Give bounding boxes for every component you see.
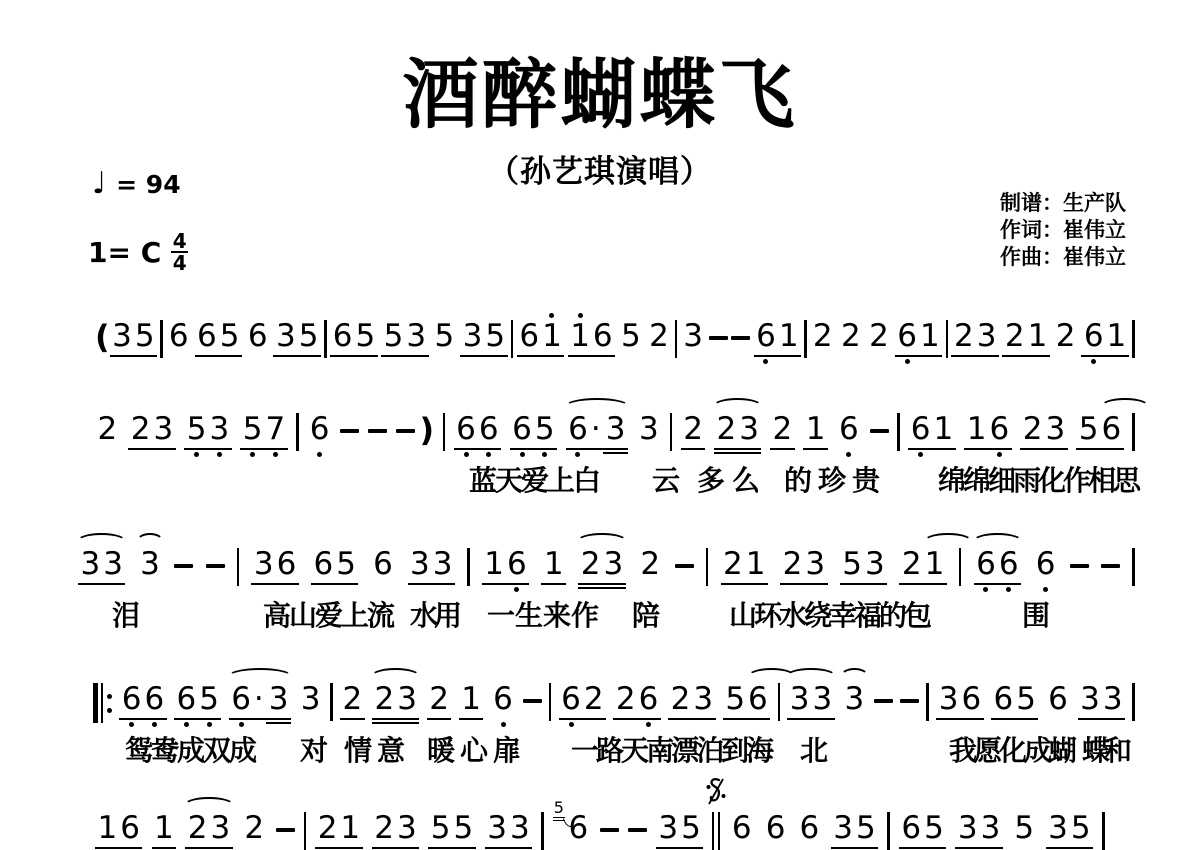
dash bbox=[276, 828, 295, 832]
low-octave-dot bbox=[194, 452, 199, 457]
barline bbox=[706, 548, 709, 586]
barline bbox=[330, 683, 333, 721]
quarter-note-icon: ♩ bbox=[92, 166, 106, 201]
music-line-5: 161232212355335635666356533535 bbox=[95, 812, 1105, 850]
notes-row: 22353576)66656·3322321661162356 bbox=[95, 413, 1135, 459]
note-group: 21 bbox=[721, 548, 768, 585]
note-group: 61 bbox=[517, 320, 564, 357]
note-group: 6 bbox=[166, 320, 191, 355]
low-octave-dot bbox=[501, 722, 506, 727]
lyric-phrase: 陪 bbox=[632, 600, 660, 632]
credit-line-composer: 作曲：崔伟立 bbox=[1000, 244, 1126, 271]
note-group: 65 bbox=[195, 320, 242, 357]
low-octave-dot bbox=[239, 722, 244, 727]
low-octave-dot bbox=[1091, 359, 1096, 364]
barline bbox=[443, 413, 446, 451]
grace-note: 5 bbox=[553, 812, 565, 832]
barline bbox=[804, 320, 807, 358]
barline bbox=[549, 683, 552, 721]
sheet-music-page: 酒醉蝴蝶飞 （孙艺琪演唱） ♩= 94 1= C 4 4 制谱：生产队 作词：崔… bbox=[0, 0, 1200, 850]
dash bbox=[675, 564, 694, 568]
barline bbox=[675, 320, 678, 358]
dash bbox=[628, 828, 647, 832]
lyric-phrase: 北 bbox=[800, 735, 828, 767]
note-group: 3 bbox=[842, 683, 867, 718]
barline bbox=[1102, 812, 1105, 850]
lyric-phrase: 我愿化成蝴 bbox=[949, 735, 1074, 767]
note-group: 6 bbox=[1033, 548, 1058, 583]
low-octave-dot bbox=[1043, 587, 1048, 592]
low-octave-dot bbox=[997, 452, 1002, 457]
lyric-phrase: 绵绵细雨化作相思 bbox=[938, 465, 1138, 497]
barline bbox=[296, 413, 299, 451]
note-group: 61 bbox=[908, 413, 955, 450]
lyric-phrase: 多么 bbox=[697, 465, 767, 497]
note-group: 2 bbox=[810, 320, 835, 355]
note-group: 5 bbox=[619, 320, 644, 355]
dash bbox=[731, 336, 750, 340]
note-group: 1 bbox=[803, 413, 828, 450]
credit-line-lyricist: 作词：崔伟立 bbox=[1000, 217, 1126, 244]
note-group: 23 bbox=[185, 812, 232, 849]
note-group: 53 bbox=[184, 413, 231, 450]
notes-row: 161232212355335635666356533535 bbox=[95, 812, 1105, 850]
dash bbox=[900, 699, 919, 703]
lyric-phrase: 水用 bbox=[410, 600, 458, 632]
barline bbox=[887, 812, 890, 850]
note-group: 2 bbox=[1053, 320, 1078, 355]
note-group: 6·3 bbox=[229, 683, 291, 720]
barline bbox=[1132, 548, 1135, 586]
low-octave-dot bbox=[646, 722, 651, 727]
lyric-phrase: 情意 bbox=[344, 735, 410, 767]
note-group: 33 bbox=[787, 683, 834, 720]
note-group: 2 bbox=[838, 320, 863, 355]
note-group: 35 bbox=[831, 812, 878, 849]
time-signature: 4 4 bbox=[171, 232, 188, 272]
low-octave-dot bbox=[184, 722, 189, 727]
note-group: 33 bbox=[78, 548, 125, 585]
low-octave-dot bbox=[514, 587, 519, 592]
dash bbox=[523, 699, 542, 703]
dash bbox=[874, 699, 893, 703]
dash bbox=[1070, 564, 1089, 568]
note-group: 5 bbox=[432, 320, 457, 355]
dash-with-paren: ) bbox=[396, 413, 435, 447]
note-group: 53 bbox=[381, 320, 428, 357]
low-octave-dot bbox=[918, 452, 923, 457]
dash bbox=[709, 336, 728, 340]
low-octave-dot bbox=[763, 359, 768, 364]
note-group: 61 bbox=[1081, 320, 1128, 357]
note-group: 53 bbox=[840, 548, 887, 585]
note-group: 56 bbox=[723, 683, 770, 720]
note-group: 2 bbox=[770, 413, 795, 450]
note-group: 33 bbox=[1078, 683, 1125, 720]
lyric-phrase: 鸳鸯成双成 bbox=[125, 735, 255, 767]
note-group: 21 bbox=[899, 548, 946, 585]
low-octave-dot bbox=[217, 452, 222, 457]
low-octave-dot bbox=[1006, 587, 1011, 592]
note-group: 65 bbox=[510, 413, 557, 450]
notes-row: (356656356553535611652361222612321261 bbox=[95, 320, 1135, 366]
note-group: 36 bbox=[251, 548, 298, 585]
dash bbox=[340, 429, 359, 433]
low-octave-dot bbox=[569, 722, 574, 727]
note-group: 23 bbox=[951, 320, 998, 357]
credits: 制谱：生产队 作词：崔伟立 作曲：崔伟立 bbox=[1000, 190, 1126, 271]
segno-icon bbox=[705, 776, 727, 810]
note-group: 33 bbox=[955, 812, 1002, 849]
barline bbox=[946, 320, 949, 358]
double-barline bbox=[712, 812, 720, 850]
note-group: 35 bbox=[273, 320, 320, 357]
lyric-phrase: 暖心扉 bbox=[427, 735, 526, 767]
low-octave-dot bbox=[152, 722, 157, 727]
lyric-phrase: 蝶和 bbox=[1082, 735, 1126, 767]
note-group: 2 bbox=[647, 320, 672, 355]
low-octave-dot bbox=[983, 587, 988, 592]
music-line-2: 22353576)66656·3322321661162356蓝天爱上白云多么的… bbox=[95, 413, 1135, 459]
barline bbox=[1132, 320, 1135, 358]
note-group: 6 bbox=[1046, 683, 1071, 718]
dash bbox=[1101, 564, 1120, 568]
dash bbox=[870, 429, 889, 433]
note-group: 3 bbox=[298, 683, 323, 718]
note-group: 16 bbox=[482, 548, 529, 585]
note-group: 3 bbox=[636, 413, 661, 448]
note-group: 6 bbox=[491, 683, 516, 718]
note-group: 35 bbox=[460, 320, 507, 357]
tempo-value: = 94 bbox=[116, 170, 180, 199]
note-group: 23 bbox=[372, 683, 419, 720]
note-group: (35 bbox=[95, 320, 157, 357]
low-octave-dot bbox=[129, 722, 134, 727]
note-group: 23 bbox=[372, 812, 419, 849]
note-group: 1 bbox=[541, 548, 566, 585]
note-group: 6 bbox=[307, 413, 332, 448]
note-group: 21 bbox=[315, 812, 362, 849]
low-octave-dot bbox=[486, 452, 491, 457]
note-group: 57 bbox=[240, 413, 287, 450]
note-group: 2 bbox=[427, 683, 452, 720]
low-octave-dot bbox=[575, 452, 580, 457]
note-group: 66 bbox=[454, 413, 501, 450]
time-signature-top: 4 bbox=[173, 232, 187, 250]
dash bbox=[600, 828, 619, 832]
note-group: 66 bbox=[974, 548, 1021, 585]
note-group: 3 bbox=[681, 320, 706, 355]
low-octave-dot bbox=[273, 452, 278, 457]
notes-row: 333366563316123221235321666 bbox=[78, 548, 1135, 594]
time-signature-bottom: 4 bbox=[173, 254, 187, 272]
barline bbox=[1132, 413, 1135, 451]
note-group: 56 bbox=[1076, 413, 1123, 450]
note-group: 26 bbox=[613, 683, 660, 720]
barline bbox=[1132, 683, 1135, 721]
lyrics-row: 蓝天爱上白云多么的珍贵绵绵细雨化作相思 bbox=[95, 465, 1135, 499]
note-group: 23 bbox=[668, 683, 715, 720]
high-octave-dot bbox=[578, 313, 583, 318]
note-group: 23 bbox=[780, 548, 827, 585]
note-group: 6 bbox=[245, 320, 270, 355]
note-group: 2 bbox=[340, 683, 365, 720]
note-group: 65 bbox=[174, 683, 221, 720]
note-group: 65 bbox=[899, 812, 946, 849]
dash bbox=[206, 564, 225, 568]
dash bbox=[396, 429, 415, 433]
dash bbox=[368, 429, 387, 433]
lyric-phrase: 一路天南漂泊到海 bbox=[571, 735, 771, 767]
note-group: 6 bbox=[797, 812, 822, 847]
high-octave-dot bbox=[549, 313, 554, 318]
note-group: 23 bbox=[128, 413, 175, 450]
song-title: 酒醉蝴蝶飞 bbox=[0, 40, 1200, 150]
note-group: 2 bbox=[95, 413, 120, 448]
note-group: 55 bbox=[428, 812, 475, 849]
barline bbox=[897, 413, 900, 451]
barline bbox=[304, 812, 307, 850]
barline bbox=[670, 413, 673, 451]
note-group: 33 bbox=[408, 548, 455, 585]
note-group: 62 bbox=[559, 683, 606, 720]
dash bbox=[174, 564, 193, 568]
note-group: 6 bbox=[371, 548, 396, 583]
lyric-phrase: 一生来作 bbox=[487, 600, 599, 632]
barline bbox=[467, 548, 470, 586]
barline bbox=[160, 320, 163, 358]
lyric-phrase: 云 bbox=[652, 465, 680, 497]
low-octave-dot bbox=[542, 452, 547, 457]
barline bbox=[324, 320, 327, 358]
tempo-marking: ♩= 94 bbox=[92, 166, 181, 201]
music-line-4: 66656·33223216622623563333665633鸳鸯成双成对情意… bbox=[93, 683, 1135, 729]
note-group: 5 bbox=[1012, 812, 1037, 847]
low-octave-dot bbox=[207, 722, 212, 727]
note-group: 1 bbox=[152, 812, 177, 849]
lyric-phrase: 泪 bbox=[112, 600, 140, 632]
note-group: 6 bbox=[836, 413, 861, 448]
note-group: 65 bbox=[311, 548, 358, 585]
low-octave-dot bbox=[464, 452, 469, 457]
note-group: 1 bbox=[459, 683, 484, 720]
note-group: 61 bbox=[895, 320, 942, 357]
lyric-phrase: 的珍贵 bbox=[784, 465, 886, 497]
note-group: 65 bbox=[991, 683, 1038, 720]
credit-line-arranger: 制谱：生产队 bbox=[1000, 190, 1126, 217]
note-group: 21 bbox=[1002, 320, 1049, 357]
note-group: 16 bbox=[964, 413, 1011, 450]
note-group: 16 bbox=[95, 812, 142, 849]
low-octave-dot bbox=[905, 359, 910, 364]
music-line-1: (356656356553535611652361222612321261 bbox=[95, 320, 1135, 366]
note-group: 2 bbox=[242, 812, 267, 847]
barline bbox=[237, 548, 240, 586]
note-group: 2 bbox=[681, 413, 706, 450]
note-group: 23 bbox=[714, 413, 761, 450]
note-group: 6·3 bbox=[566, 413, 628, 450]
low-octave-dot bbox=[250, 452, 255, 457]
note-group: 56 bbox=[553, 812, 591, 847]
barline bbox=[959, 548, 962, 586]
lyric-phrase: 围 bbox=[1022, 600, 1050, 632]
key-text: 1= C bbox=[88, 236, 161, 269]
lyrics-row: 泪高山爱上流水用一生来作陪山环水绕幸福的包围 bbox=[78, 600, 1135, 634]
note-group: 35 bbox=[656, 812, 703, 849]
lyrics-row: 鸳鸯成双成对情意暖心扉一路天南漂泊到海北我愿化成蝴蝶和 bbox=[93, 735, 1135, 769]
note-group: 3 bbox=[138, 548, 163, 583]
note-group: 2 bbox=[638, 548, 663, 583]
low-octave-dot bbox=[846, 452, 851, 457]
barline bbox=[926, 683, 929, 721]
note-group: 33 bbox=[485, 812, 532, 849]
note-group: 23 bbox=[1020, 413, 1067, 450]
close-paren: ) bbox=[420, 413, 435, 447]
note-group: 65 bbox=[330, 320, 377, 357]
note-group: 66 bbox=[119, 683, 166, 720]
repeat-start-sign bbox=[93, 683, 112, 723]
note-group: 35 bbox=[1046, 812, 1093, 849]
lyric-phrase: 对 bbox=[300, 735, 328, 767]
notes-row: 66656·33223216622623563333665633 bbox=[93, 683, 1135, 729]
note-group: 6 bbox=[763, 812, 788, 847]
barline bbox=[778, 683, 781, 721]
note-group: 61 bbox=[754, 320, 801, 357]
lyric-phrase: 蓝天爱上白 bbox=[469, 465, 599, 497]
low-octave-dot bbox=[317, 452, 322, 457]
music-line-3: 333366563316123221235321666泪高山爱上流水用一生来作陪… bbox=[78, 548, 1135, 594]
note-group: 36 bbox=[936, 683, 983, 720]
note-group: 2 bbox=[867, 320, 892, 355]
key-signature: 1= C 4 4 bbox=[88, 232, 188, 272]
note-group: 6 bbox=[729, 812, 754, 847]
note-group: 16 bbox=[568, 320, 615, 357]
lyric-phrase: 山环水绕幸福的包 bbox=[729, 600, 929, 632]
open-paren: ( bbox=[95, 320, 110, 354]
lyric-phrase: 高山爱上流 bbox=[263, 600, 393, 632]
barline bbox=[541, 812, 544, 850]
barline bbox=[511, 320, 514, 358]
low-octave-dot bbox=[520, 452, 525, 457]
note-group: 23 bbox=[578, 548, 625, 585]
